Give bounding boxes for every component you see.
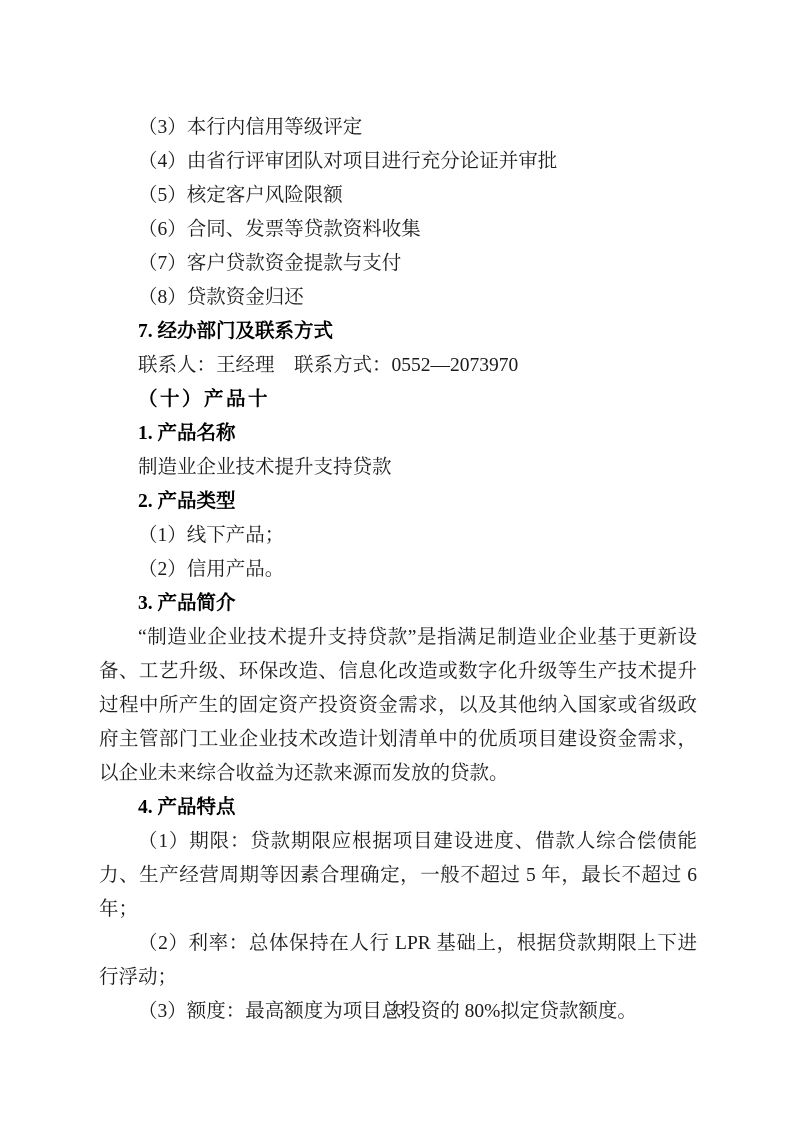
process-step-7: （7）客户贷款资金提款与支付: [99, 247, 697, 281]
document-page: （3）本行内信用等级评定 （4）由省行评审团队对项目进行充分论证并审批 （5）核…: [0, 0, 793, 1122]
process-step-3: （3）本行内信用等级评定: [99, 111, 697, 145]
process-step-4: （4）由省行评审团队对项目进行充分论证并审批: [99, 145, 697, 179]
feature-term: （1）期限：贷款期限应根据项目建设进度、借款人综合偿债能力、生产经营周期等因素合…: [99, 825, 697, 927]
heading-product-intro: 3. 产品简介: [99, 587, 697, 621]
process-step-6: （6）合同、发票等贷款资料收集: [99, 213, 697, 247]
heading-contact-department: 7. 经办部门及联系方式: [99, 315, 697, 349]
product-type-item-1: （1）线下产品；: [99, 519, 697, 553]
feature-rate: （2）利率：总体保持在人行 LPR 基础上，根据贷款期限上下进行浮动；: [99, 927, 697, 995]
page-number: 33: [0, 998, 793, 1022]
heading-product-name: 1. 产品名称: [99, 417, 697, 451]
heading-product-features: 4. 产品特点: [99, 791, 697, 825]
process-step-5: （5）核定客户风险限额: [99, 179, 697, 213]
page-content: （3）本行内信用等级评定 （4）由省行评审团队对项目进行充分论证并审批 （5）核…: [99, 111, 697, 1029]
heading-product-type: 2. 产品类型: [99, 485, 697, 519]
product-name-text: 制造业企业技术提升支持贷款: [99, 451, 697, 485]
process-step-8: （8）贷款资金归还: [99, 281, 697, 315]
product-type-item-2: （2）信用产品。: [99, 553, 697, 587]
heading-product-ten: （十）产品十: [99, 383, 697, 417]
product-intro-paragraph: “制造业企业技术提升支持贷款”是指满足制造业企业基于更新设备、工艺升级、环保改造…: [99, 621, 697, 791]
contact-line: 联系人：王经理 联系方式：0552—2073970: [99, 349, 697, 383]
